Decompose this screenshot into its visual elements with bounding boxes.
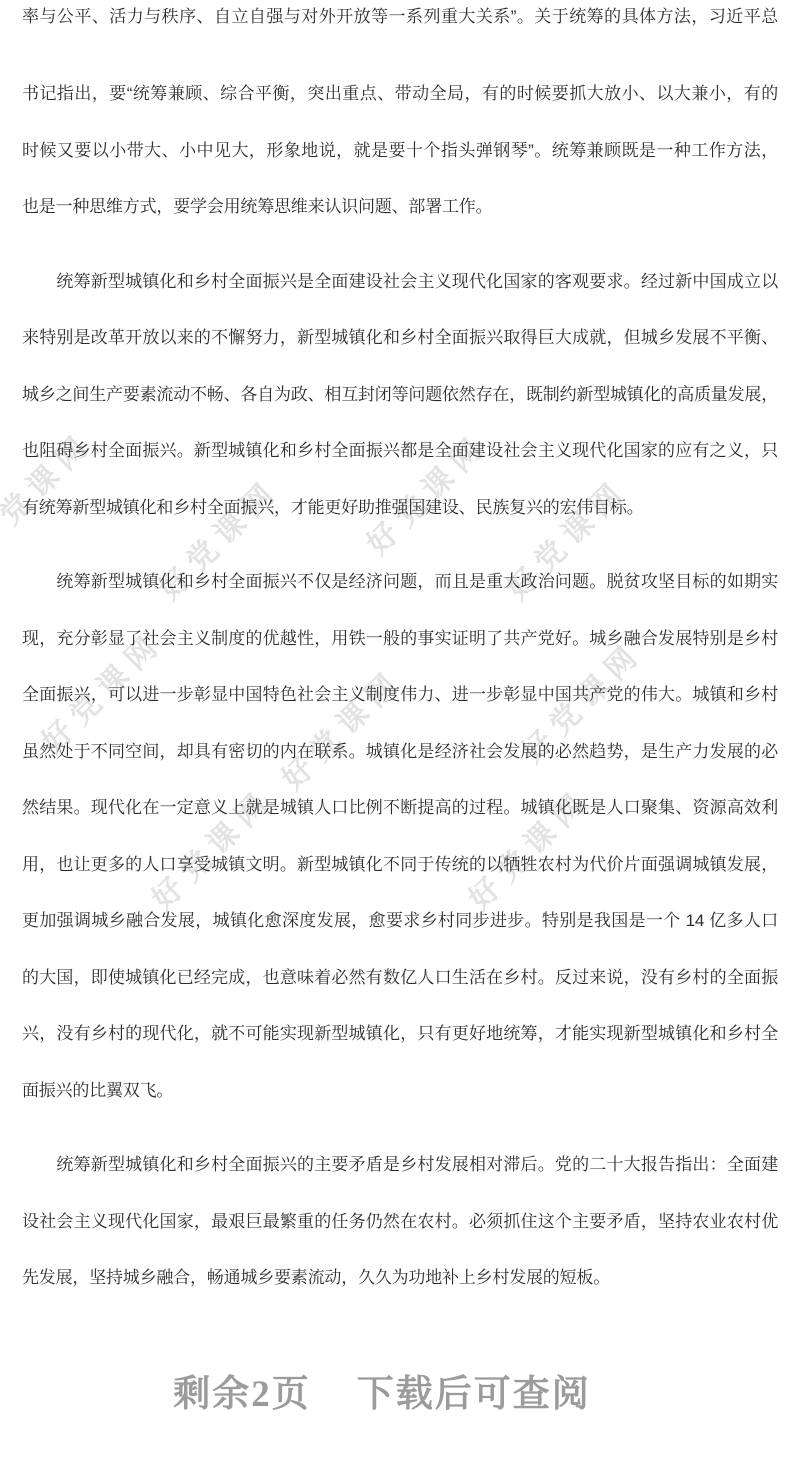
pages-remaining-banner: 剩余2页下载后可查阅: [0, 1373, 782, 1417]
text-line: 先发展，坚持城乡融合，畅通城乡要素流动，久久为功地补上乡村发展的短板。: [22, 1250, 778, 1307]
document-content: 率与公平、活力与秩序、自立自强与对外开放等一系列重大关系”。关于统筹的具体方法，…: [22, 0, 778, 1307]
text-line: 现，充分彰显了社会主义制度的优越性，用铁一般的事实证明了共产党好。城乡融合发展特…: [22, 611, 778, 668]
text-line: 的大国，即使城镇化已经完成，也意味着必然有数亿人口生活在乡村。反过来说，没有乡村…: [22, 950, 778, 1007]
text-line: 来特别是改革开放以来的不懈努力，新型城镇化和乡村全面振兴取得巨大成就，但城乡发展…: [22, 310, 778, 367]
text-line: 城乡之间生产要素流动不畅、各自为政、相互封闭等问题依然存在，既制约新型城镇化的高…: [22, 367, 778, 424]
text-line: 有统筹新型城镇化和乡村全面振兴，才能更好助推强国建设、民族复兴的宏伟目标。: [22, 480, 778, 537]
text-line: 虽然处于不同空间，却具有密切的内在联系。城镇化是经济社会发展的必然趋势，是生产力…: [22, 724, 778, 781]
text-line: 然结果。现代化在一定意义上就是城镇人口比例不断提高的过程。城镇化既是人口聚集、资…: [22, 780, 778, 837]
paragraph: 率与公平、活力与秩序、自立自强与对外开放等一系列重大关系”。关于统筹的具体方法，…: [22, 0, 778, 46]
text-line: 更加强调城乡融合发展，城镇化愈深度发展，愈要求乡村同步进步。特别是我国是一个 1…: [22, 893, 778, 950]
text-line: 面振兴的比翼双飞。: [22, 1063, 778, 1120]
download-notice-label: 下载后可查阅: [357, 1374, 591, 1415]
text-line: 也是一种思维方式，要学会用统筹思维来认识问题、部署工作。: [22, 179, 778, 236]
paragraph: 统筹新型城镇化和乡村全面振兴是全面建设社会主义现代化国家的客观要求。经过新中国成…: [22, 254, 778, 537]
pages-remaining-label: 剩余2页: [173, 1374, 311, 1415]
text-line: 统筹新型城镇化和乡村全面振兴的主要矛盾是乡村发展相对滞后。党的二十大报告指出：全…: [22, 1137, 778, 1194]
text-line: 率与公平、活力与秩序、自立自强与对外开放等一系列重大关系”。关于统筹的具体方法，…: [22, 0, 778, 46]
text-line: 兴，没有乡村的现代化，就不可能实现新型城镇化，只有更好地统筹，才能实现新型城镇化…: [22, 1006, 778, 1063]
paragraph: 书记指出，要“统筹兼顾、综合平衡，突出重点、带动全局，有的时候要抓大放小、以大兼…: [22, 66, 778, 236]
text-line: 设社会主义现代化国家，最艰巨最繁重的任务仍然在农村。必须抓住这个主要矛盾，坚持农…: [22, 1194, 778, 1251]
paragraph: 统筹新型城镇化和乡村全面振兴的主要矛盾是乡村发展相对滞后。党的二十大报告指出：全…: [22, 1137, 778, 1307]
paragraph: 统筹新型城镇化和乡村全面振兴不仅是经济问题，而且是重大政治问题。脱贫攻坚目标的如…: [22, 554, 778, 1119]
text-line: 统筹新型城镇化和乡村全面振兴不仅是经济问题，而且是重大政治问题。脱贫攻坚目标的如…: [22, 554, 778, 611]
document-preview-page: { "page": { "background": "#ffffff", "te…: [0, 0, 800, 1483]
text-line: 统筹新型城镇化和乡村全面振兴是全面建设社会主义现代化国家的客观要求。经过新中国成…: [22, 254, 778, 311]
text-line: 也阻碍乡村全面振兴。新型城镇化和乡村全面振兴都是全面建设社会主义现代化国家的应有…: [22, 423, 778, 480]
text-line: 用，也让更多的人口享受城镇文明。新型城镇化不同于传统的以牺牲农村为代价片面强调城…: [22, 837, 778, 894]
text-line: 书记指出，要“统筹兼顾、综合平衡，突出重点、带动全局，有的时候要抓大放小、以大兼…: [22, 66, 778, 123]
text-line: 全面振兴，可以进一步彰显中国特色社会主义制度伟力、进一步彰显中国共产党的伟大。城…: [22, 667, 778, 724]
text-line: 时候又要以小带大、小中见大，形象地说，就是要十个指头弹钢琴”。统筹兼顾既是一种工…: [22, 123, 778, 180]
